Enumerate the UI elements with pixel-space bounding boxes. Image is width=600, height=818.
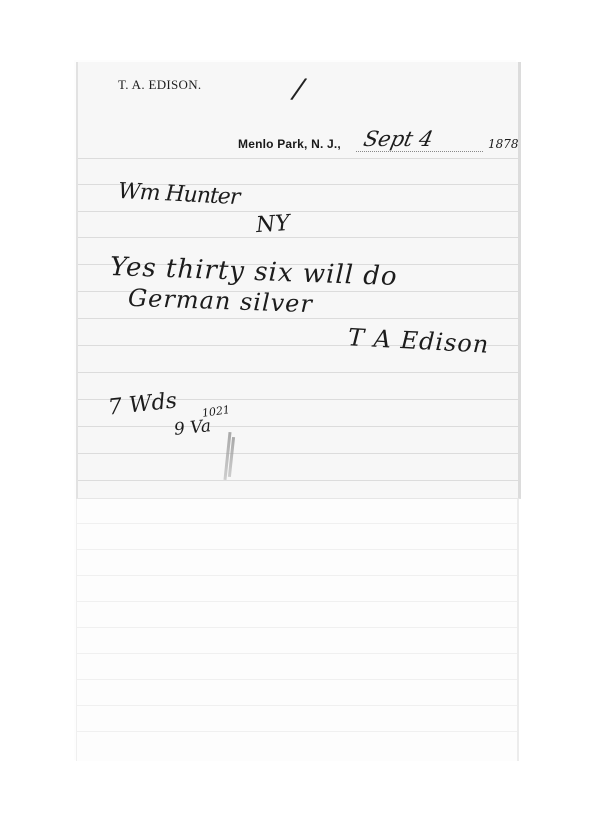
rule-line xyxy=(78,372,518,373)
dateline: Menlo Park, N. J., Sept 4 1878 xyxy=(238,132,513,156)
rule-line xyxy=(77,601,517,602)
date-year: 1878 xyxy=(488,137,519,151)
rule-line xyxy=(77,523,517,524)
letterhead: T. A. EDISON. xyxy=(118,77,201,93)
rule-line xyxy=(78,453,518,454)
addressee: Wm Hunter xyxy=(117,179,240,210)
addressee-location: NY xyxy=(255,211,290,238)
signature: T A Edison xyxy=(347,323,490,358)
body-line: German silver xyxy=(128,284,314,318)
page-number: / xyxy=(292,72,306,106)
rule-line xyxy=(77,653,517,654)
lower-sheet xyxy=(76,499,519,761)
rule-line xyxy=(78,211,518,212)
annotation-sub: 9 Va xyxy=(173,416,212,440)
date-month-day: Sept 4 xyxy=(361,127,435,151)
place-printed: Menlo Park, N. J., xyxy=(238,137,341,151)
rule-line xyxy=(77,627,517,628)
rule-line xyxy=(77,549,517,550)
rule-line xyxy=(78,158,518,159)
rule-line xyxy=(77,575,517,576)
rule-line xyxy=(78,426,518,427)
rule-line xyxy=(77,705,517,706)
rule-line xyxy=(78,480,518,481)
date-fill-line xyxy=(356,151,483,152)
rule-line xyxy=(78,237,518,238)
rule-line xyxy=(77,731,517,732)
rule-line xyxy=(77,679,517,680)
rule-line xyxy=(78,318,518,319)
annotation-word-count: 7 Wds xyxy=(107,388,178,420)
letter-card: T. A. EDISON. / Menlo Park, N. J., Sept … xyxy=(76,62,521,499)
